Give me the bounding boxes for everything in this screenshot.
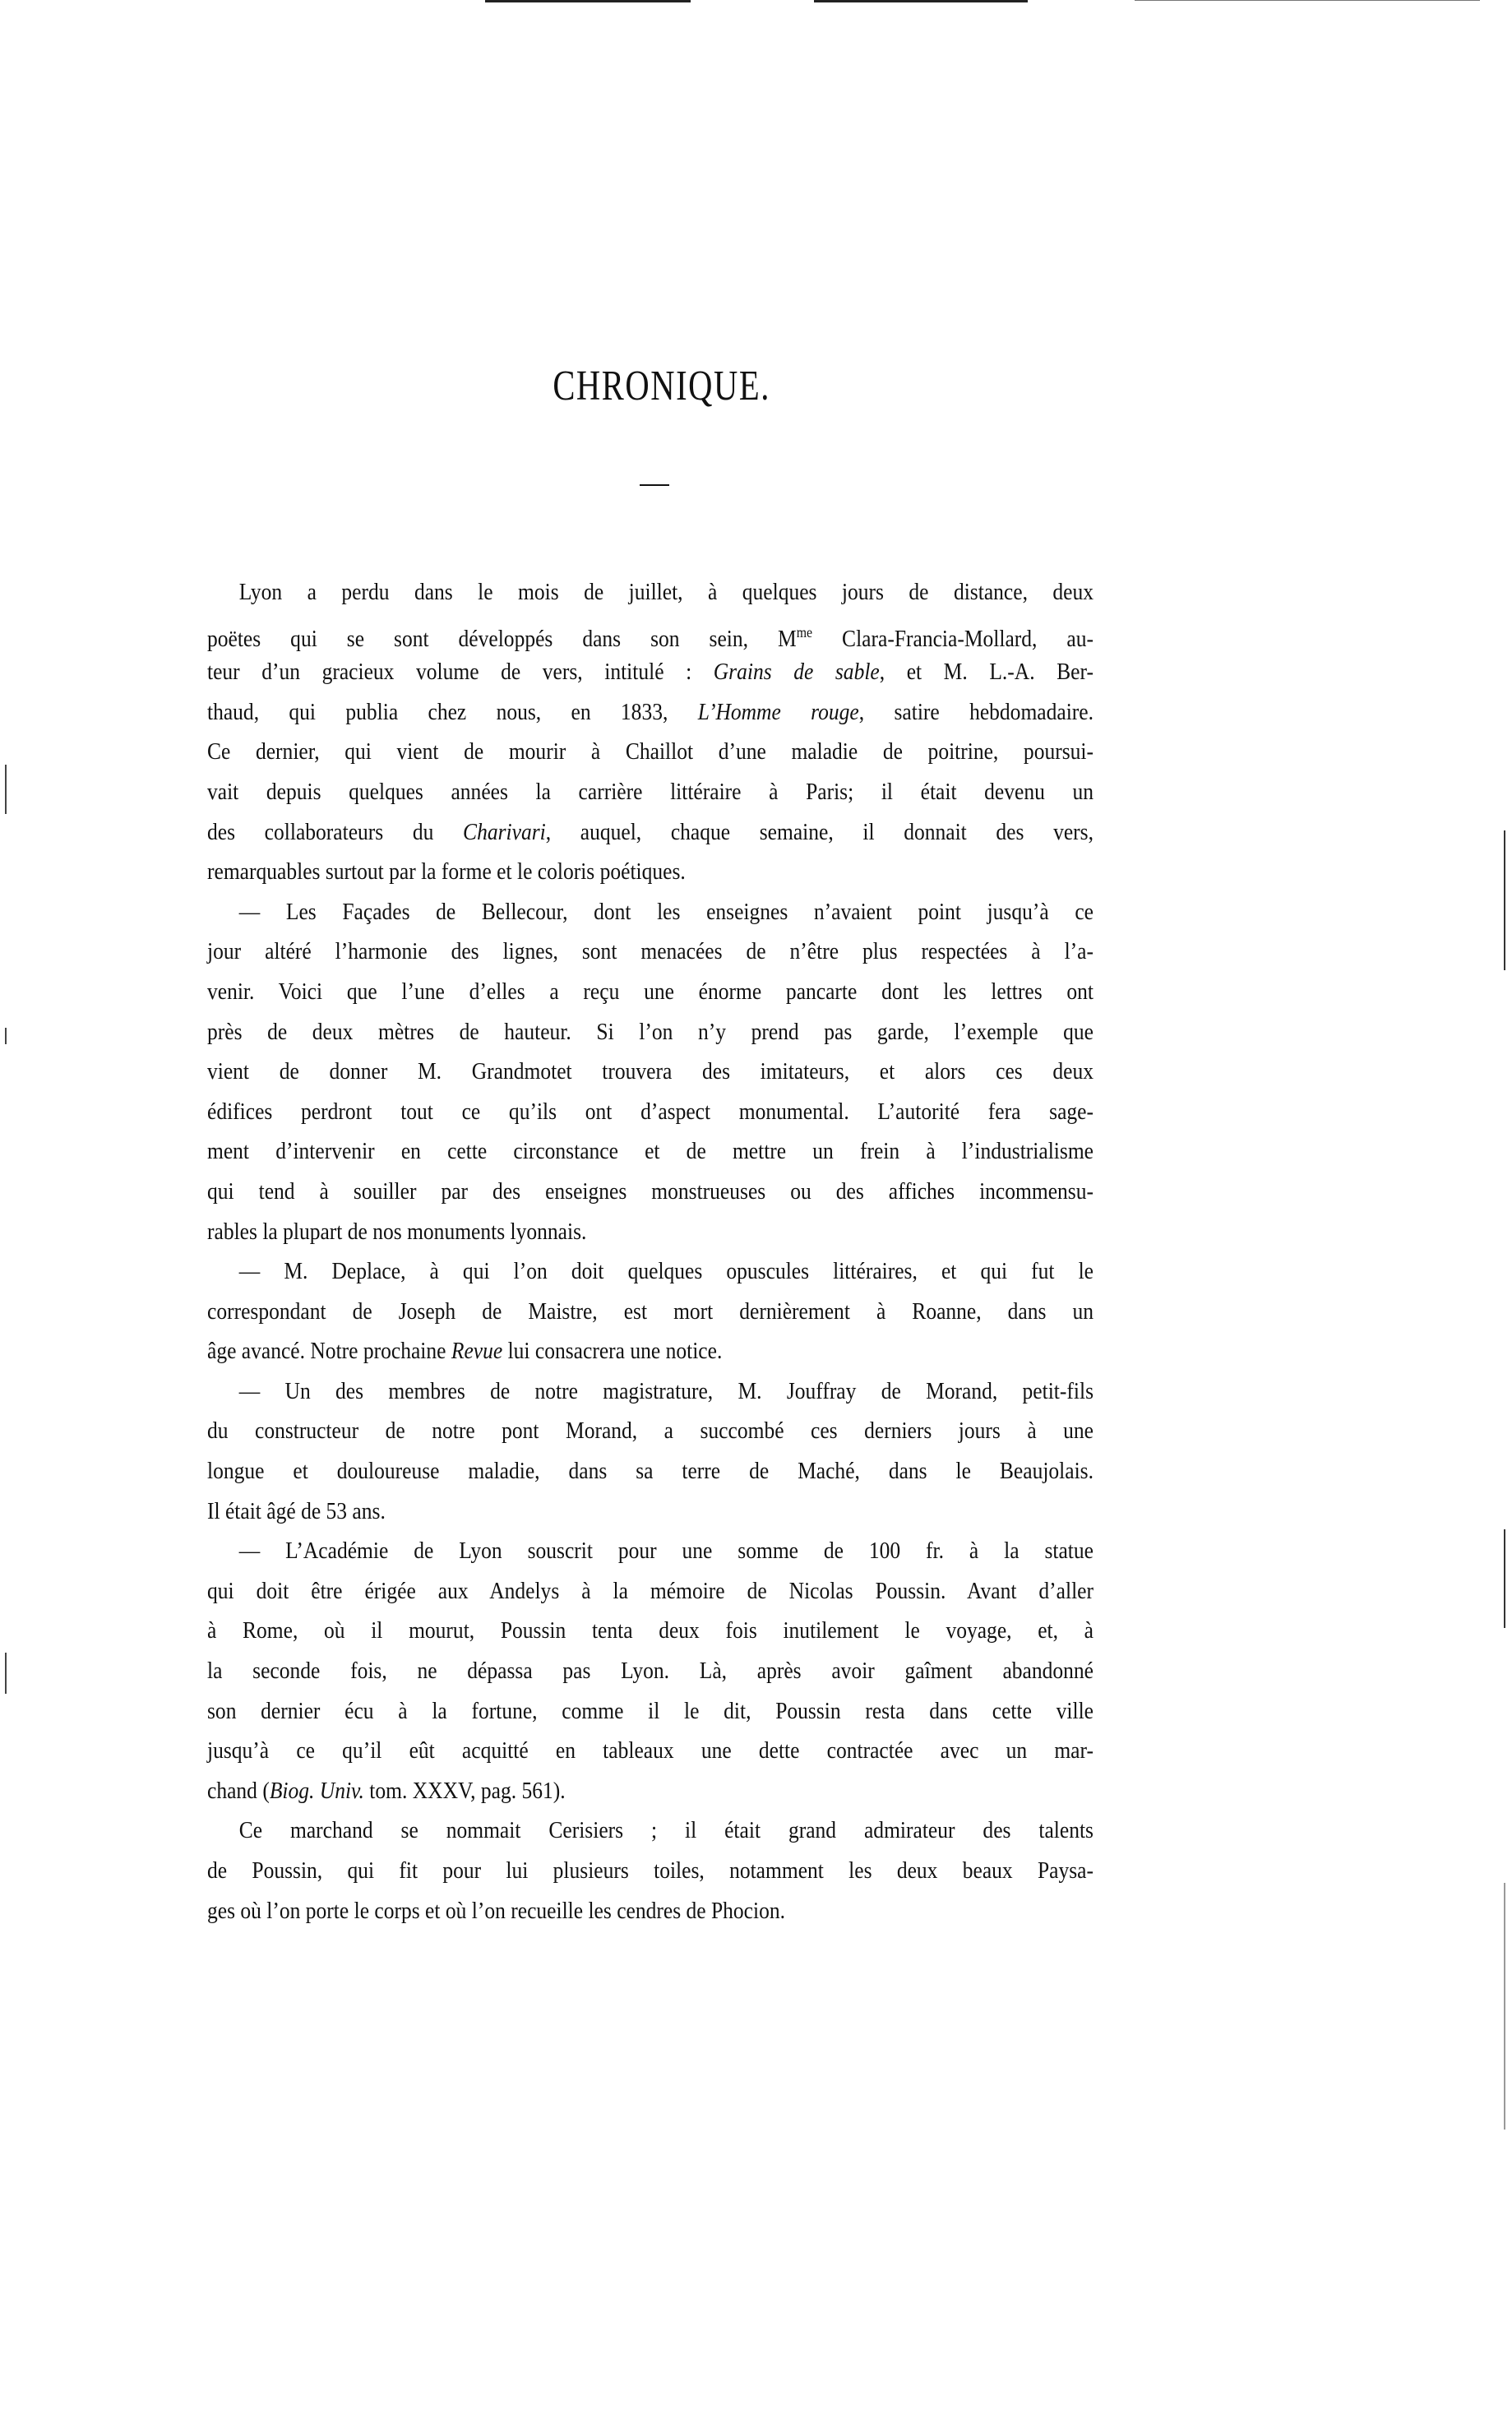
- text-line: la seconde fois, ne dépassa pas Lyon. Là…: [207, 1651, 1094, 1691]
- title-rule: [640, 484, 669, 486]
- text-segment: qui doit être érigée aux Andelys à la mé…: [207, 1578, 1094, 1604]
- text-line: correspondant de Joseph de Maistre, est …: [207, 1292, 1094, 1332]
- italic-title: Biog. Univ.: [270, 1778, 364, 1804]
- text-segment: lui consacrera une notice.: [502, 1338, 722, 1364]
- text-segment: du constructeur de notre pont Morand, a …: [207, 1417, 1094, 1444]
- text-segment: des collaborateurs du: [207, 819, 463, 845]
- text-segment: correspondant de Joseph de Maistre, est …: [207, 1298, 1094, 1325]
- text-segment: de Poussin, qui fit pour lui plusieurs t…: [207, 1857, 1094, 1884]
- text-line: édifices perdront tout ce qu’ils ont d’a…: [207, 1092, 1094, 1132]
- text-segment: venir. Voici que l’une d’elles a reçu un…: [207, 978, 1094, 1005]
- italic-title: Grains de sable: [714, 659, 880, 685]
- italic-title: L’Homme rouge: [698, 699, 859, 725]
- scan-edge-right-c: [1504, 1883, 1505, 2130]
- scan-mark-left-b: [5, 1028, 7, 1044]
- body-text: Lyon a perdu dans le mois de juillet, à …: [207, 572, 1094, 1931]
- text-line: qui tend à souiller par des enseignes mo…: [207, 1172, 1094, 1212]
- text-line: jour altéré l’harmonie des lignes, sont …: [207, 932, 1094, 972]
- text-line: âge avancé. Notre prochaine Revue lui co…: [207, 1331, 1094, 1371]
- text-line: des collaborateurs du Charivari, auquel,…: [207, 812, 1094, 853]
- text-segment: ment d’intervenir en cette circonstance …: [207, 1138, 1094, 1164]
- text-line: venir. Voici que l’une d’elles a reçu un…: [207, 972, 1094, 1012]
- text-line: ges où l’on porte le corps et où l’on re…: [207, 1891, 1094, 1931]
- text-segment: son dernier écu à la fortune, comme il l…: [207, 1698, 1094, 1724]
- text-line: Ce marchand se nommait Cerisiers ; il ét…: [207, 1811, 1094, 1851]
- scan-edge-right-a: [1504, 830, 1505, 970]
- page-title: CHRONIQUE.: [146, 362, 1325, 410]
- text-segment: poëtes qui se sont développés dans son s…: [207, 626, 797, 652]
- text-line: — L’Académie de Lyon souscrit pour une s…: [207, 1531, 1094, 1571]
- text-line: Ce dernier, qui vient de mourir à Chaill…: [207, 732, 1094, 772]
- text-segment: Clara-Francia-Mollard, au-: [812, 626, 1094, 652]
- text-line: — Les Façades de Bellecour, dont les ens…: [207, 892, 1094, 932]
- text-line: — Un des membres de notre magistrature, …: [207, 1371, 1094, 1412]
- text-line: rables la plupart de nos monuments lyonn…: [207, 1212, 1094, 1252]
- text-segment: — L’Académie de Lyon souscrit pour une s…: [239, 1538, 1094, 1564]
- text-segment: âge avancé. Notre prochaine: [207, 1338, 451, 1364]
- text-line: vient de donner M. Grandmotet trouvera d…: [207, 1052, 1094, 1092]
- text-line: à Rome, où il mourut, Poussin tenta deux…: [207, 1611, 1094, 1651]
- text-line: remarquables surtout par la forme et le …: [207, 852, 1094, 892]
- text-segment: ges où l’on porte le corps et où l’on re…: [207, 1898, 785, 1924]
- text-segment: , auquel, chaque semaine, il donnait des…: [546, 819, 1094, 845]
- text-segment: Ce dernier, qui vient de mourir à Chaill…: [207, 738, 1094, 765]
- text-segment: qui tend à souiller par des enseignes mo…: [207, 1178, 1094, 1205]
- text-line: de Poussin, qui fit pour lui plusieurs t…: [207, 1851, 1094, 1891]
- text-segment: jusqu’à ce qu’il eût acquitté en tableau…: [207, 1737, 1094, 1764]
- text-line: du constructeur de notre pont Morand, a …: [207, 1411, 1094, 1451]
- text-segment: chand (: [207, 1778, 270, 1804]
- page-title-text: CHRONIQUE.: [553, 362, 770, 410]
- text-line: qui doit être érigée aux Andelys à la mé…: [207, 1571, 1094, 1612]
- text-segment: — M. Deplace, à qui l’on doit quelques o…: [239, 1258, 1094, 1284]
- text-segment: teur d’un gracieux volume de vers, intit…: [207, 659, 714, 685]
- text-segment: remarquables surtout par la forme et le …: [207, 858, 686, 885]
- text-segment: vait depuis quelques années la carrière …: [207, 779, 1094, 805]
- text-segment: Lyon a perdu dans le mois de juillet, à …: [239, 579, 1094, 605]
- text-line: près de deux mètres de hauteur. Si l’on …: [207, 1012, 1094, 1052]
- superscript: me: [797, 624, 812, 641]
- text-line: thaud, qui publia chez nous, en 1833, L’…: [207, 692, 1094, 733]
- text-line: ment d’intervenir en cette circonstance …: [207, 1131, 1094, 1172]
- text-segment: vient de donner M. Grandmotet trouvera d…: [207, 1058, 1094, 1085]
- text-segment: thaud, qui publia chez nous, en 1833,: [207, 699, 698, 725]
- text-line: chand (Biog. Univ. tom. XXXV, pag. 561).: [207, 1771, 1094, 1811]
- text-segment: à Rome, où il mourut, Poussin tenta deux…: [207, 1617, 1094, 1644]
- scan-mark-left-a: [5, 765, 7, 814]
- text-segment: Ce marchand se nommait Cerisiers ; il ét…: [239, 1817, 1094, 1843]
- text-segment: longue et douloureuse maladie, dans sa t…: [207, 1458, 1094, 1484]
- text-segment: rables la plupart de nos monuments lyonn…: [207, 1219, 586, 1245]
- scan-mark-left-c: [5, 1653, 7, 1694]
- text-line: son dernier écu à la fortune, comme il l…: [207, 1691, 1094, 1732]
- text-segment: , et M. L.-A. Ber-: [880, 659, 1094, 685]
- text-line: poëtes qui se sont développés dans son s…: [207, 613, 1094, 653]
- scan-edge-top-a: [485, 0, 691, 2]
- text-line: Lyon a perdu dans le mois de juillet, à …: [207, 572, 1094, 613]
- text-line: jusqu’à ce qu’il eût acquitté en tableau…: [207, 1731, 1094, 1771]
- scan-edge-right-b: [1504, 1529, 1505, 1628]
- text-line: — M. Deplace, à qui l’on doit quelques o…: [207, 1251, 1094, 1292]
- text-segment: tom. XXXV, pag. 561).: [364, 1778, 566, 1804]
- italic-title: Charivari: [463, 819, 546, 845]
- text-line: teur d’un gracieux volume de vers, intit…: [207, 652, 1094, 692]
- text-segment: Il était âgé de 53 ans.: [207, 1498, 386, 1524]
- scan-edge-top-c: [1135, 0, 1480, 1]
- text-segment: édifices perdront tout ce qu’ils ont d’a…: [207, 1098, 1094, 1125]
- scan-edge-top-b: [814, 0, 1028, 2]
- text-line: longue et douloureuse maladie, dans sa t…: [207, 1451, 1094, 1491]
- italic-title: Revue: [451, 1338, 502, 1364]
- text-line: vait depuis quelques années la carrière …: [207, 772, 1094, 812]
- text-segment: jour altéré l’harmonie des lignes, sont …: [207, 938, 1094, 964]
- text-segment: — Les Façades de Bellecour, dont les ens…: [239, 899, 1094, 925]
- text-segment: — Un des membres de notre magistrature, …: [239, 1378, 1094, 1404]
- text-line: Il était âgé de 53 ans.: [207, 1491, 1094, 1532]
- text-segment: , satire hebdomadaire.: [859, 699, 1094, 725]
- text-segment: la seconde fois, ne dépassa pas Lyon. Là…: [207, 1658, 1094, 1684]
- text-segment: près de deux mètres de hauteur. Si l’on …: [207, 1019, 1094, 1045]
